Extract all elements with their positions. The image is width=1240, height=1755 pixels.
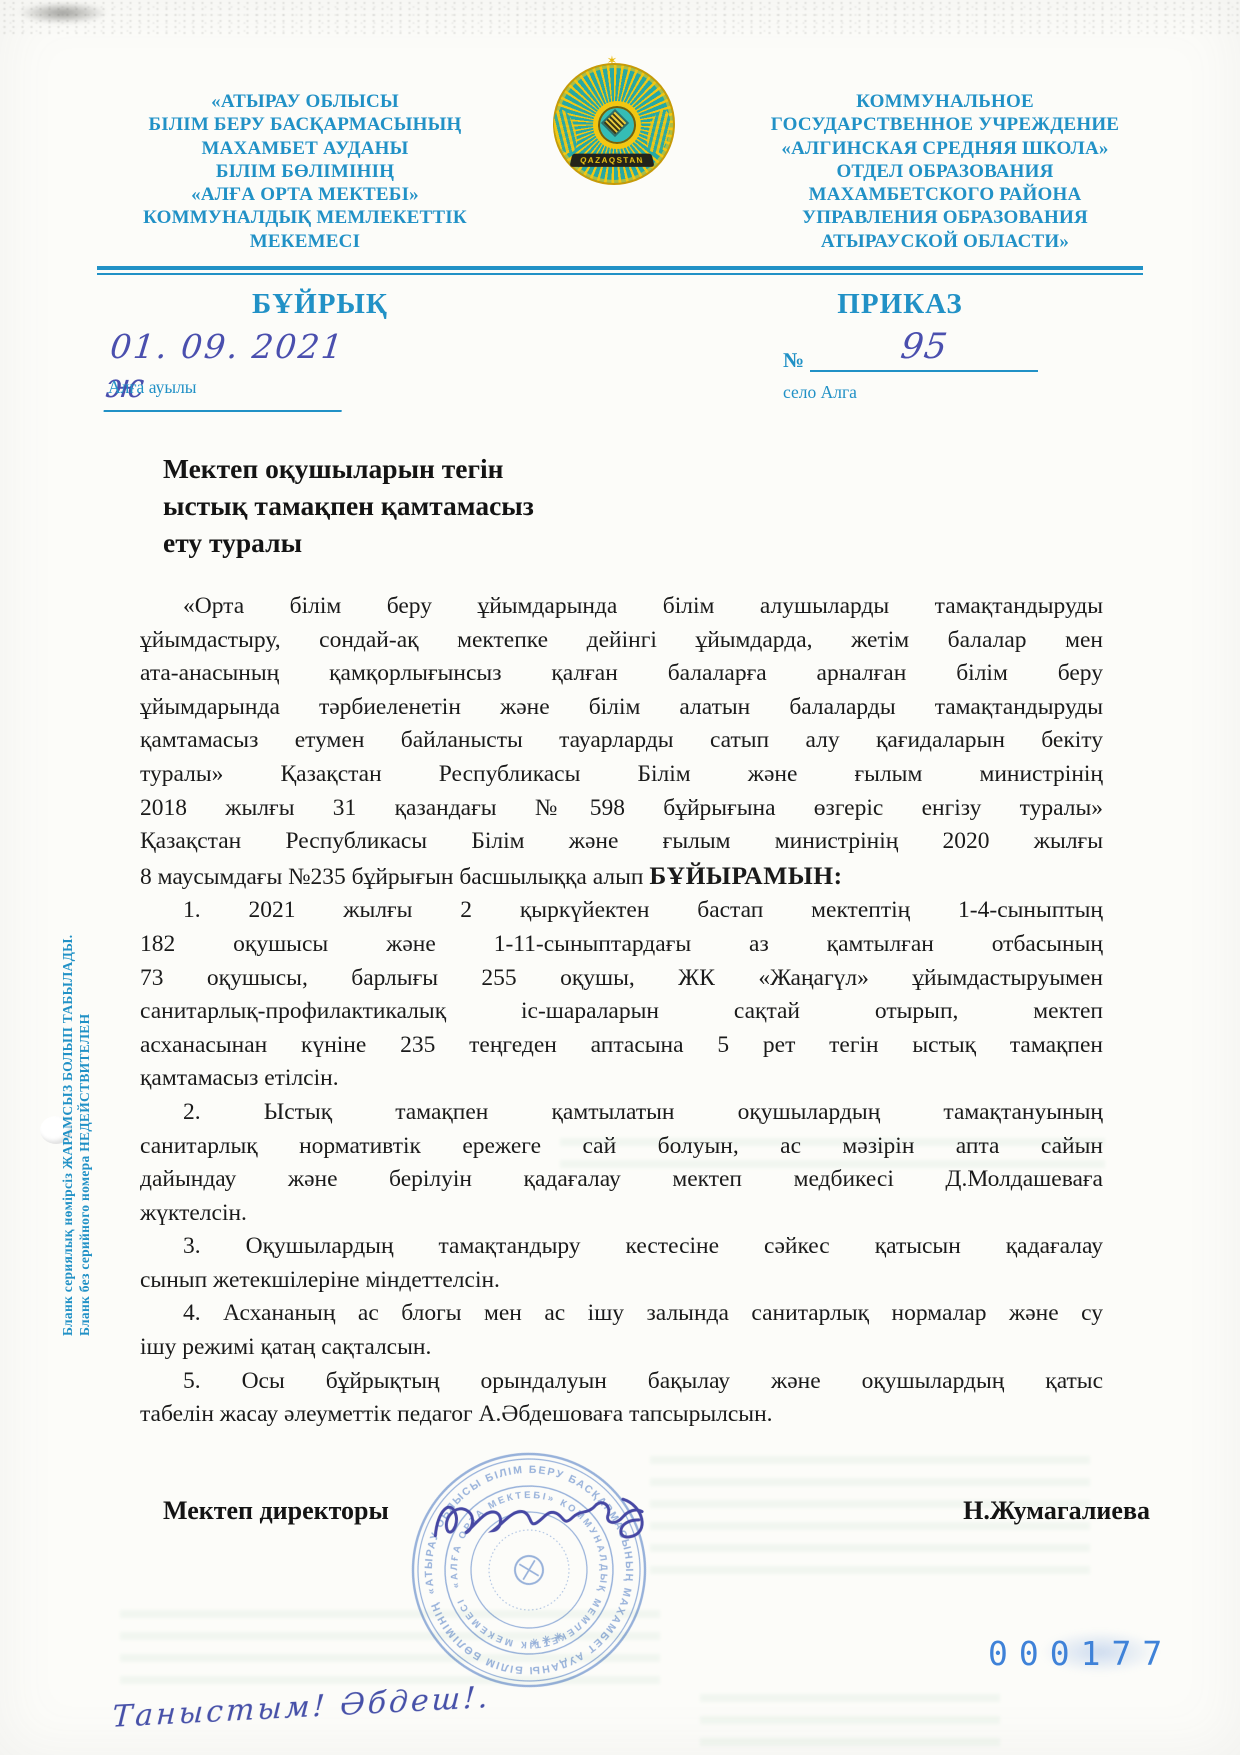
bleed-through [700,1688,1000,1746]
org-line: АТЫРАУСКОЙ ОБЛАСТИ» [725,230,1165,253]
org-line: ГОСУДАРСТВЕННОЕ УЧРЕЖДЕНИЕ [725,113,1165,136]
org-line: МАХАМБЕТСКОГО РАЙОНА [725,183,1165,206]
body-line: қамтамасыз етілсін. [140,1062,1103,1096]
org-name-russian: КОММУНАЛЬНОЕ ГОСУДАРСТВЕННОЕ УЧРЕЖДЕНИЕ … [725,90,1165,253]
body-line: қамтамасыз етумен байланысты тауарларды … [140,724,1103,758]
handwritten-date: 01. 09. 2021 ж [104,327,351,412]
handwritten-order-number: 95 [898,327,950,367]
body-text-fragment: 8 маусымдағы №235 бұйрығын басшылыққа ал… [140,864,649,890]
form-serial-number: 000177 [988,1634,1173,1673]
emblem-shanyrak [593,101,641,149]
org-line: КОММУНАЛЬНОЕ [725,90,1165,113]
org-line: МАХАМБЕТ АУДАНЫ [95,137,515,160]
form-validity-note-kazakh: Бланк сериялық нөмірсіз ЖАРАМСЫЗ БОЛЫП Т… [60,736,77,1336]
handwritten-acknowledgement: Таныстым! Әбдеш!. [111,1680,491,1735]
body-line: 1. 2021 жылғы 2 қыркүйектен бастап мекте… [140,894,1103,928]
org-line: ОТДЕЛ ОБРАЗОВАНИЯ [725,160,1165,183]
org-name-kazakh: «АТЫРАУ ОБЛЫСЫ БІЛІМ БЕРУ БАСҚАРМАСЫНЫҢ … [95,90,515,253]
place-label-kazakh: Алға ауылы [108,377,197,398]
emblem-banner: QAZAQSTAN [569,154,654,167]
subject-line: ету туралы [163,524,534,561]
order-subject: Мектеп оқушыларын тегін ыстық тамақпен қ… [163,450,534,561]
org-line: КОММУНАЛДЫҚ МЕМЛЕКЕТТІК [95,206,515,229]
body-line: 2018 жылғы 31 қазандағы №598 бұйрығына ө… [140,792,1103,826]
body-line: ішу режимі қатаң сақталсын. [140,1331,1103,1365]
subject-line: ыстық тамақпен қамтамасыз [163,487,534,524]
order-body: «Орта білім беру ұйымдарында білім алушы… [140,590,1103,1432]
emblem-banner-text: QAZAQSTAN [579,156,644,165]
body-line: санитарлық нормативтік ережеге сай болуы… [140,1130,1103,1164]
scanned-order-document: «АТЫРАУ ОБЛЫСЫ БІЛІМ БЕРУ БАСҚАРМАСЫНЫҢ … [0,0,1240,1755]
org-line: «АТЫРАУ ОБЛЫСЫ [95,90,515,113]
stamp-emblem-center [519,1560,538,1579]
body-line: санитарлық-профилактикалық іс-шараларын … [140,995,1103,1029]
body-line: ата-анасының қамқорлығынсыз қалған балал… [140,657,1103,691]
form-validity-note-russian: Бланк без серийного номера НЕДЕЙСТВИТЕЛЕ… [77,736,94,1336]
kazakhstan-emblem-icon: ✶ QAZAQSTAN [549,57,675,183]
place-label-russian: село Алга [783,382,857,403]
org-line: «АЛГИНСКАЯ СРЕДНЯЯ ШКОЛА» [725,137,1165,160]
org-line: «АЛҒА ОРТА МЕКТЕБІ» [95,183,515,206]
body-line: 182 оқушысы және 1-11-сыныптардағы аз қа… [140,928,1103,962]
org-line: УПРАВЛЕНИЯ ОБРАЗОВАНИЯ [725,206,1165,229]
header-divider [97,266,1143,275]
body-line: 4. Асхананың ас блогы мен ас ішу залында… [140,1297,1103,1331]
director-role-label: Мектеп директоры [163,1496,389,1526]
body-line: жүктелсін. [140,1197,1103,1231]
order-number-underline: 95 [810,327,1038,372]
scan-noise [0,0,1240,34]
org-line: БІЛІМ БЕРУ БАСҚАРМАСЫНЫҢ [95,113,515,136]
body-line: асханасынан күніне 235 теңгеден аптасына… [140,1029,1103,1063]
body-line: 8 маусымдағы №235 бұйрығын басшылыққа ал… [140,859,1103,895]
decree-keyword: БҰЙЫРАМЫН: [649,861,842,890]
body-line: Қазақстан Республикасы Білім және ғылым … [140,825,1103,859]
subject-line: Мектеп оқушыларын тегін [163,450,534,487]
order-title-russian: ПРИКАЗ [685,288,1115,321]
body-line: сынып жетекшілеріне міндеттелсін. [140,1264,1103,1298]
org-line: БІЛІМ БӨЛІМІНІҢ [95,160,515,183]
body-line: 3. Оқушылардың тамақтандыру кестесіне сә… [140,1230,1103,1264]
body-line: 5. Осы бұйрықтың орындалуын бақылау және… [140,1365,1103,1399]
form-validity-note: Бланк сериялық нөмірсіз ЖАРАМСЫЗ БОЛЫП Т… [60,736,93,1336]
org-line: МЕКЕМЕСІ [95,230,515,253]
order-title-kazakh: БҰЙРЫҚ [100,288,540,321]
scan-smudge [18,2,108,24]
director-name: Н.Жумагалиева [963,1496,1150,1526]
body-line: табелін жасау әлеуметтік педагог А.Әбдеш… [140,1398,1103,1432]
body-line: дайындау және берілуін қадағалау мектеп … [140,1163,1103,1197]
order-number-label: № [783,348,804,373]
body-line: 2. Ыстық тамақпен қамтылатын оқушылардың… [140,1096,1103,1130]
body-line: ұйымдастыру, сондай-ақ мектепке дейінгі … [140,624,1103,658]
body-line: туралы» Қазақстан Республикасы Білім жән… [140,758,1103,792]
body-line: «Орта білім беру ұйымдарында білім алушы… [140,590,1103,624]
body-line: 73 оқушысы, барлығы 255 оқушы, ЖК «Жаңаг… [140,962,1103,996]
body-line: ұйымдарында тәрбиеленетін және білім ала… [140,691,1103,725]
